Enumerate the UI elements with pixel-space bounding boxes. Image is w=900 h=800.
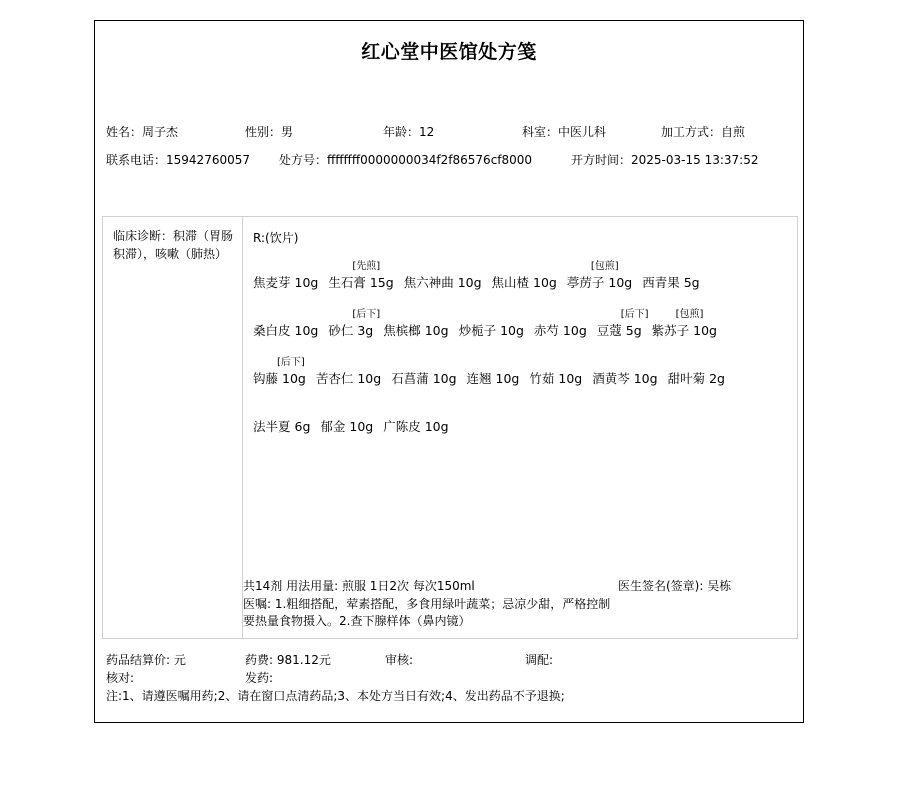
herb-item: [后下]钩藤 10g [253, 353, 306, 387]
herb-name: 广陈皮 [383, 419, 421, 434]
herb-name: 钩藤 [253, 371, 278, 386]
herb-name: 赤芍 [534, 323, 559, 338]
herb-dose: 5g [684, 275, 700, 290]
phone-value: 15942760057 [166, 153, 250, 167]
herb-row: 桑白皮 10g[后下]砂仁 3g焦槟榔 10g炒栀子 10g赤芍 10g[后下]… [253, 305, 727, 345]
patient-gender: 性别：男 [245, 123, 293, 140]
diagnosis: 临床诊断：积滞（胃肠积滞），咳嗽（肺热） [103, 217, 243, 638]
rx-time-label: 开方时间： [571, 153, 631, 167]
herb-name: 紫苏子 [652, 323, 690, 338]
age-value: 12 [419, 125, 434, 139]
herb-item: [包煎]紫苏子 10g [652, 305, 717, 339]
dept-label: 科室： [522, 125, 558, 139]
prescription-area: R:(饮片) 焦麦芽 10g[先煎]生石膏 15g焦六神曲 10g焦山楂 10g… [243, 217, 797, 638]
herb-dose: 10g [634, 371, 658, 386]
herb-note: [后下] [352, 305, 380, 320]
herb-item: 连翘 10g [467, 353, 520, 387]
process-value: 自煎 [721, 125, 745, 139]
patient-age: 年龄：12 [383, 123, 434, 140]
herb-item: 郁金 10g [320, 401, 373, 435]
rx-header: R:(饮片) [253, 229, 298, 246]
herb-item: 法半夏 6g [253, 401, 310, 435]
herb-item: [包煎]葶苈子 10g [567, 257, 632, 291]
diagnosis-label: 临床诊断： [113, 229, 173, 243]
prescription-number: 处方号：ffffffff0000000034f2f86576cf8000 [279, 151, 532, 168]
herb-dose: 10g [608, 275, 632, 290]
herb-name: 桑白皮 [253, 323, 291, 338]
gender-value: 男 [281, 125, 293, 139]
herb-item: 石菖蒲 10g [391, 353, 456, 387]
herb-item: 焦槟榔 10g [383, 305, 448, 339]
herb-item: 焦麦芽 10g [253, 257, 318, 291]
herb-item: 甜叶菊 2g [668, 353, 725, 387]
prescription-box: 临床诊断：积滞（胃肠积滞），咳嗽（肺热） R:(饮片) 焦麦芽 10g[先煎]生… [102, 216, 798, 639]
herb-name: 西青果 [642, 275, 680, 290]
dept-value: 中医儿科 [558, 125, 606, 139]
herb-dose: 5g [626, 323, 642, 338]
gender-label: 性别： [245, 125, 281, 139]
rx-time-value: 2025-03-15 13:37:52 [631, 153, 758, 167]
herb-name: 焦槟榔 [383, 323, 421, 338]
herb-name: 甜叶菊 [668, 371, 706, 386]
department: 科室：中医儿科 [522, 123, 606, 140]
herb-note: [包煎] [591, 257, 619, 272]
herb-note: [后下] [277, 353, 305, 368]
herb-name: 石菖蒲 [391, 371, 429, 386]
herb-dose: 10g [533, 275, 557, 290]
age-label: 年龄： [383, 125, 419, 139]
herb-dose: 10g [563, 323, 587, 338]
herb-item: 西青果 5g [642, 257, 699, 291]
herb-dose: 10g [693, 323, 717, 338]
name-label: 姓名： [106, 125, 142, 139]
patient-name: 姓名：周子杰 [106, 123, 178, 140]
prescription-sheet: 红心堂中医馆处方笺 姓名：周子杰 性别：男 年龄：12 科室：中医儿科 加工方式… [94, 20, 804, 723]
herb-name: 法半夏 [253, 419, 291, 434]
herb-note: [后下] [621, 305, 649, 320]
review: 审核: [385, 651, 413, 668]
settle-label: 药品结算价: [106, 653, 174, 667]
herb-item: [后下]豆蔻 5g [597, 305, 642, 339]
herb-dose: 10g [425, 419, 449, 434]
herb-dose: 10g [500, 323, 524, 338]
herb-name: 连翘 [467, 371, 492, 386]
drug-fee: 药费: 981.12元 [245, 651, 331, 668]
herb-dose: 2g [709, 371, 725, 386]
settle-price: 药品结算价: 元 [106, 651, 186, 668]
medical-advice: 医嘱: 1.粗细搭配，荤素搭配，多食用绿叶蔬菜；忌凉少甜，严格控制要热量食物摄入… [243, 596, 618, 630]
herb-dose: 10g [282, 371, 306, 386]
phone: 联系电话：15942760057 [106, 151, 250, 168]
herb-name: 竹茹 [529, 371, 554, 386]
page-title: 红心堂中医馆处方笺 [95, 37, 803, 64]
fee-value: 981.12元 [277, 653, 331, 667]
herb-name: 焦山楂 [492, 275, 530, 290]
herb-item: 酒黄芩 10g [592, 353, 657, 387]
herb-name: 生石膏 [328, 275, 366, 290]
dispense: 调配: [525, 651, 553, 668]
doctor-signature: 医生签名(签章): 吴栋 [618, 577, 731, 594]
herb-name: 葶苈子 [567, 275, 605, 290]
herb-name: 酒黄芩 [592, 371, 630, 386]
herb-row: [后下]钩藤 10g苦杏仁 10g石菖蒲 10g连翘 10g竹茹 10g酒黄芩 … [253, 353, 735, 393]
herb-name: 苦杏仁 [316, 371, 354, 386]
advice-text: 1.粗细搭配，荤素搭配，多食用绿叶蔬菜；忌凉少甜，严格控制要热量食物摄入。2.查… [243, 597, 610, 628]
herb-item: 焦山楂 10g [492, 257, 557, 291]
herb-item: 炒栀子 10g [459, 305, 524, 339]
herb-item: 赤芍 10g [534, 305, 587, 339]
herb-row: 法半夏 6g郁金 10g广陈皮 10g [253, 401, 459, 441]
settle-value: 元 [174, 653, 186, 667]
herb-dose: 10g [558, 371, 582, 386]
herb-dose: 10g [425, 323, 449, 338]
herb-dose: 10g [433, 371, 457, 386]
herb-note: [先煎] [352, 257, 380, 272]
herb-name: 焦麦芽 [253, 275, 291, 290]
herb-name: 豆蔻 [597, 323, 622, 338]
rx-no-value: ffffffff0000000034f2f86576cf8000 [327, 153, 532, 167]
fee-label: 药费: [245, 653, 277, 667]
herb-item: [先煎]生石膏 15g [328, 257, 393, 291]
usage-instructions: 共14剂 用法用量: 煎服 1日2次 每次150ml [243, 577, 475, 594]
herb-name: 炒栀子 [459, 323, 497, 338]
herb-item: 苦杏仁 10g [316, 353, 381, 387]
herb-item: 竹茹 10g [529, 353, 582, 387]
herb-name: 砂仁 [328, 323, 353, 338]
herb-dose: 15g [370, 275, 394, 290]
process-label: 加工方式： [661, 125, 721, 139]
rx-no-label: 处方号： [279, 153, 327, 167]
herb-item: 桑白皮 10g [253, 305, 318, 339]
issue: 发药: [245, 669, 273, 686]
phone-label: 联系电话： [106, 153, 166, 167]
doctor-label: 医生签名(签章): [618, 579, 707, 593]
herb-dose: 10g [295, 275, 319, 290]
herb-note: [包煎] [676, 305, 704, 320]
herb-dose: 3g [357, 323, 373, 338]
herb-dose: 10g [458, 275, 482, 290]
check: 核对: [106, 669, 134, 686]
prescription-time: 开方时间：2025-03-15 13:37:52 [571, 151, 758, 168]
herb-dose: 10g [357, 371, 381, 386]
herb-dose: 10g [496, 371, 520, 386]
herb-dose: 6g [295, 419, 311, 434]
name-value: 周子杰 [142, 125, 178, 139]
herb-dose: 10g [349, 419, 373, 434]
herb-name: 郁金 [320, 419, 345, 434]
herb-item: 焦六神曲 10g [404, 257, 482, 291]
advice-label: 医嘱: [243, 597, 275, 611]
herb-item: 广陈皮 10g [383, 401, 448, 435]
process-method: 加工方式：自煎 [661, 123, 745, 140]
doctor-name: 吴栋 [707, 579, 731, 593]
herb-row: 焦麦芽 10g[先煎]生石膏 15g焦六神曲 10g焦山楂 10g[包煎]葶苈子… [253, 257, 710, 297]
herb-item: [后下]砂仁 3g [328, 305, 373, 339]
herb-dose: 10g [295, 323, 319, 338]
notice: 注:1、请遵医嘱用药;2、请在窗口点清药品;3、本处方当日有效;4、发出药品不予… [106, 687, 565, 704]
herb-name: 焦六神曲 [404, 275, 454, 290]
